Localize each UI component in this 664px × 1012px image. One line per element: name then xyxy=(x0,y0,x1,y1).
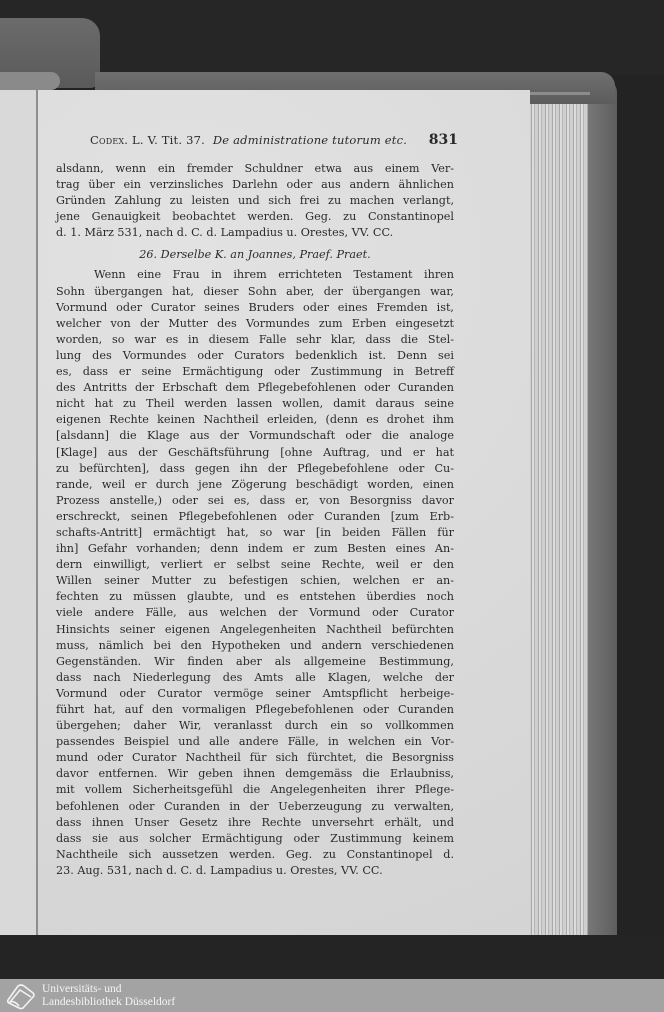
book-gutter xyxy=(36,90,38,935)
text-line: Willen seiner Mutter zu befestigen schie… xyxy=(56,573,454,589)
text-line: Hinsichts seiner eigenen Angelegenheiten… xyxy=(56,622,454,638)
library-footer: Universitäts- und Landesbibliothek Düsse… xyxy=(0,979,664,1012)
text-line: alsdann, wenn ein fremder Schuldner etwa… xyxy=(56,161,454,177)
text-line: eigenen Rechte keinen Nachtheil erleiden… xyxy=(56,412,454,428)
library-name-line1: Universitäts- und xyxy=(42,983,175,996)
title-latin: De administratione tutorum etc. xyxy=(213,133,407,147)
page-number: 831 xyxy=(429,132,458,148)
text-line: dass sie aus solcher Ermächtigung oder Z… xyxy=(56,831,454,847)
section-heading: 26. Derselbe K. an Joannes, Praef. Praet… xyxy=(56,245,454,265)
book-logo-icon xyxy=(4,982,36,1010)
text-line: dern einwilligt, verliert er selbst sein… xyxy=(56,557,454,573)
page-edges xyxy=(528,104,588,937)
text-line: des Antritts der Erbschaft dem Pflegebef… xyxy=(56,380,454,396)
text-line: dass nach Niederlegung des Amts alle Kla… xyxy=(56,670,454,686)
codex-ref: L. V. Tit. 37. xyxy=(132,133,205,147)
text-line: mit vollem Sicherheitsgefühl die Angeleg… xyxy=(56,782,454,798)
text-line: Gründen Zahlung zu leisten und sich frei… xyxy=(56,193,454,209)
text-line: dass ihnen Unser Gesetz ihre Rechte unve… xyxy=(56,815,454,831)
text-line: schafts-Antritt] ermächtigt hat, so war … xyxy=(56,525,454,541)
text-line: befohlenen oder Curanden in der Ueberzeu… xyxy=(56,799,454,815)
text-line: welcher von der Mutter des Vormundes zum… xyxy=(56,316,454,332)
text-line: jene Genauigkeit beobachtet werden. Geg.… xyxy=(56,209,454,225)
text-line: nicht hat zu Theil werden lassen wollen,… xyxy=(56,396,454,412)
left-page-edge xyxy=(0,90,39,935)
text-line: zu befürchten], dass gegen ihn der Pfleg… xyxy=(56,461,454,477)
right-book-cover xyxy=(585,80,617,960)
text-line: erschreckt, seinen Pflegebefohlenen oder… xyxy=(56,509,454,525)
text-line: muss, nämlich bei den Hypotheken und and… xyxy=(56,638,454,654)
text-line: viele andere Fälle, aus welchen der Vorm… xyxy=(56,605,454,621)
text-line: fechten zu müssen glaubte, und es entste… xyxy=(56,589,454,605)
text-line: mund oder Curator Nachtheil für sich für… xyxy=(56,750,454,766)
text-line: rande, weil er durch jene Zögerung besch… xyxy=(56,477,454,493)
text-line: Wenn eine Frau in ihrem errichteten Test… xyxy=(56,267,454,283)
left-cover-band xyxy=(0,72,60,90)
text-line: Vormund oder Curator seines Bruders oder… xyxy=(56,300,454,316)
library-name: Universitäts- und Landesbibliothek Düsse… xyxy=(42,983,175,1009)
running-head: Codex. L. V. Tit. 37. De administratione… xyxy=(90,132,458,148)
text-line: [Klage] aus der Geschäftsführung [ohne A… xyxy=(56,445,454,461)
text-line: ihn] Gefahr vorhanden; denn indem er zum… xyxy=(56,541,454,557)
text-line: trag über ein verzinsliches Darlehn oder… xyxy=(56,177,454,193)
codex-label: Codex. xyxy=(90,133,128,147)
text-line: passendes Beispiel und alle andere Fälle… xyxy=(56,734,454,750)
text-line: worden, so war es in diesem Falle sehr k… xyxy=(56,332,454,348)
text-line: [alsdann] die Klage aus der Vormundschaf… xyxy=(56,428,454,444)
text-line: 23. Aug. 531, nach d. C. d. Lampadius u.… xyxy=(56,863,454,879)
scan-background-bottom xyxy=(0,935,664,979)
text-line: Nachtheile sich aussetzen werden. Geg. z… xyxy=(56,847,454,863)
text-line: d. 1. März 531, nach d. C. d. Lampadius … xyxy=(56,225,454,241)
text-line: übergehen; daher Wir, veranlasst durch e… xyxy=(56,718,454,734)
text-line: Sohn übergangen hat, dieser Sohn aber, d… xyxy=(56,284,454,300)
body-text: alsdann, wenn ein fremder Schuldner etwa… xyxy=(56,161,454,879)
library-name-line2: Landesbibliothek Düsseldorf xyxy=(42,996,175,1009)
text-line: Prozess anstelle,) oder sei es, dass er,… xyxy=(56,493,454,509)
text-line: lung des Vormundes oder Curators bedenkl… xyxy=(56,348,454,364)
text-line: es, dass er seine Ermächtigung oder Zust… xyxy=(56,364,454,380)
text-line: Gegenständen. Wir finden aber als allgem… xyxy=(56,654,454,670)
text-line: führt hat, auf den vormaligen Pflegebefo… xyxy=(56,702,454,718)
text-line: davor entfernen. Wir geben ihnen demgemä… xyxy=(56,766,454,782)
text-line: Vormund oder Curator vermöge seiner Amts… xyxy=(56,686,454,702)
running-head-title: Codex. L. V. Tit. 37. De administratione… xyxy=(90,133,407,147)
